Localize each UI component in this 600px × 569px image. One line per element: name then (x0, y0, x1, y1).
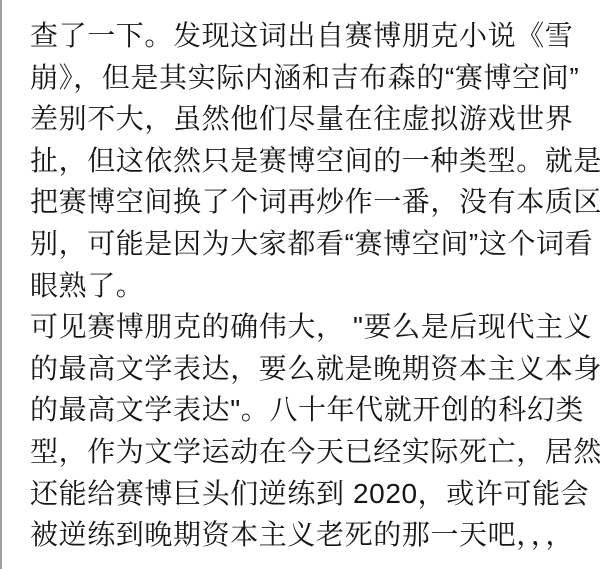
text-line: 把赛博空间换了个词再炒作一番，没有本质区 (30, 181, 582, 223)
text-line: 别，可能是因为大家都看“赛博空间”这个词看 (30, 223, 582, 265)
text-line: 差别不大，虽然他们尽量在往虚拟游戏世界 (30, 98, 582, 140)
text-page: 查了一下。发现这词出自赛博朋克小说《雪 崩》，但是其实际内涵和吉布森的“赛博空间… (0, 0, 600, 569)
text-line: 还能给赛博巨头们逆练到 2020，或许可能会 (30, 473, 582, 515)
text-line: 被逆练到晚期资本主义老死的那一天吧，，， (30, 514, 582, 556)
text-line: 的最高文学表达"。八十年代就开创的科幻类 (30, 389, 582, 431)
text-line: 的最高文学表达，要么就是晚期资本主义本身 (30, 348, 582, 390)
text-line: 查了一下。发现这词出自赛博朋克小说《雪 (30, 15, 582, 57)
text-line: 扯，但这依然只是赛博空间的一种类型。就是 (30, 140, 582, 182)
text-line: 可见赛博朋克的确伟大， "要么是后现代主义 (30, 306, 582, 348)
text-line: 崩》，但是其实际内涵和吉布森的“赛博空间” (30, 57, 582, 99)
text-line: 型，作为文学运动在今天已经实际死亡，居然 (30, 431, 582, 473)
text-line: 眼熟了。 (30, 265, 582, 307)
